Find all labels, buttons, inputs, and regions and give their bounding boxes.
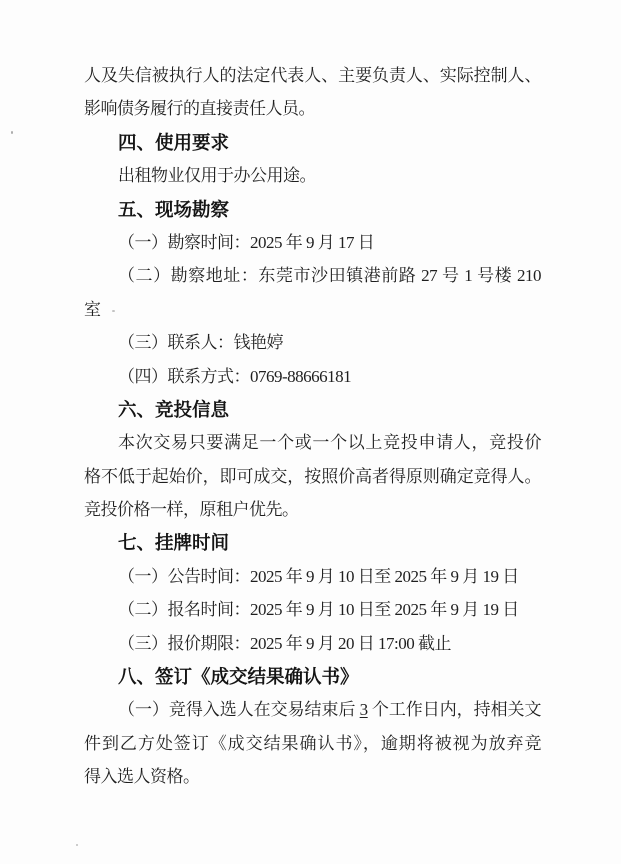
para-responsible-persons-line-2: 影响债务履行的直接责任人员。 <box>84 92 541 125</box>
heading-section-8-sign-confirmation: 八、签订《成交结果确认书》 <box>84 660 541 693</box>
item-registration-time: （二）报名时间：2025 年 9 月 10 日至 2025 年 9 月 19 日 <box>84 593 541 626</box>
heading-section-6-bidding-info: 六、竞投信息 <box>84 393 541 426</box>
item-survey-address-line-2: 室 <box>84 293 541 326</box>
para-bidding-rule-line-3: 竞投价格一样，原租户优先。 <box>84 493 541 526</box>
confirmation-text-pre: （一）竞得入选人在交易结束后 <box>118 700 360 719</box>
heading-section-7-listing-time: 七、挂牌时间 <box>84 526 541 559</box>
item-quotation-deadline: （三）报价期限：2025 年 9 月 20 日 17:00 截止 <box>84 627 541 660</box>
item-survey-address-line-1: （二）勘察地址：东莞市沙田镇港前路 27 号 1 号楼 210 <box>84 259 541 292</box>
item-survey-time: （一）勘察时间：2025 年 9 月 17 日 <box>84 226 541 259</box>
para-usage-requirement: 出租物业仅用于办公用途。 <box>84 159 541 192</box>
para-confirmation-line-1: （一）竞得入选人在交易结束后 3 个工作日内，持相关文 <box>84 693 541 726</box>
item-announcement-time: （一）公告时间：2025 年 9 月 10 日至 2025 年 9 月 19 日 <box>84 560 541 593</box>
confirmation-text-post: 个工作日内，持相关文 <box>368 700 541 719</box>
scan-speck <box>11 131 13 134</box>
scan-speck <box>112 310 115 312</box>
confirmation-underlined-number: 3 <box>360 700 368 719</box>
scan-speck <box>76 844 78 846</box>
para-bidding-rule-line-1: 本次交易只要满足一个或一个以上竞投申请人，竞投价 <box>84 426 541 459</box>
para-confirmation-line-2: 件到乙方处签订《成交结果确认书》，逾期将被视为放弃竞 <box>84 727 541 760</box>
scanned-document-page: 人及失信被执行人的法定代表人、主要负责人、实际控制人、 影响债务履行的直接责任人… <box>0 0 621 864</box>
para-confirmation-line-3: 得入选人资格。 <box>84 760 541 793</box>
document-body: 人及失信被执行人的法定代表人、主要负责人、实际控制人、 影响债务履行的直接责任人… <box>84 59 541 794</box>
heading-section-5-site-survey: 五、现场勘察 <box>84 193 541 226</box>
heading-section-4-usage-requirements: 四、使用要求 <box>84 126 541 159</box>
item-contact-person: （三）联系人：钱艳婷 <box>84 326 541 359</box>
para-bidding-rule-line-2: 格不低于起始价，即可成交，按照价高者得原则确定竞得人。 <box>84 460 541 493</box>
item-contact-phone: （四）联系方式：0769-88666181 <box>84 360 541 393</box>
para-responsible-persons-line-1: 人及失信被执行人的法定代表人、主要负责人、实际控制人、 <box>84 59 541 92</box>
